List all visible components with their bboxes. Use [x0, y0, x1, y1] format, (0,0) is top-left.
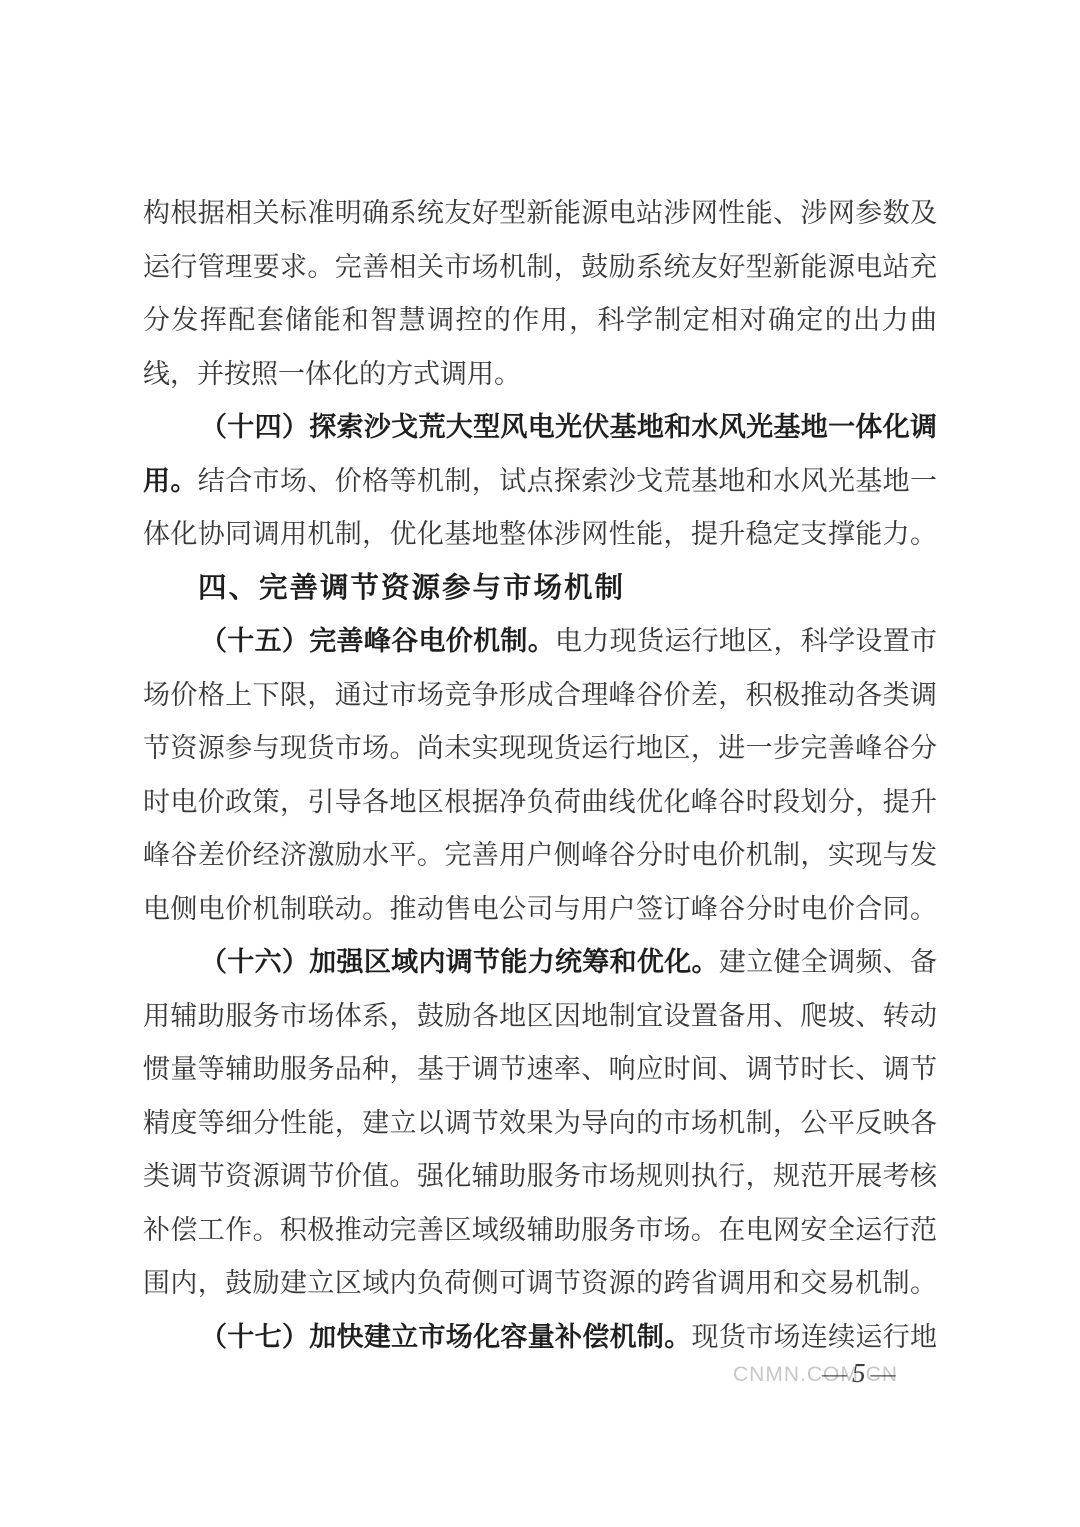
text-line: 电侧电价机制联动。推动售电公司与用户签订峰谷分时电价合同。: [143, 883, 937, 937]
bold-lead-text: （十五）完善峰谷电价机制。: [200, 626, 555, 656]
text-line: （十四）探索沙戈荒大型风电光伏基地和水风光基地一体化调: [143, 401, 937, 455]
bold-lead-text: （十七）加快建立市场化容量补偿机制。: [200, 1322, 692, 1352]
text-line: 运行管理要求。完善相关市场机制，鼓励系统友好型新能源电站充: [143, 241, 937, 295]
text-line: 类调节资源调节价值。强化辅助服务市场规则执行，规范开展考核: [143, 1150, 937, 1204]
text-line: （十五）完善峰谷电价机制。电力现货运行地区，科学设置市: [143, 615, 937, 669]
text-line: 峰谷差价经济激励水平。完善用户侧峰谷分时电价机制，实现与发: [143, 829, 937, 883]
watermark-text: CNMN.COM.CN: [733, 1363, 898, 1387]
text-line: 线，并按照一体化的方式调用。: [143, 348, 937, 402]
bold-lead-text: （十六）加强区域内调节能力统筹和优化。: [200, 947, 719, 977]
text-line: 场价格上下限，通过市场竞争形成合理峰谷价差，积极推动各类调: [143, 669, 937, 723]
text-line: （十六）加强区域内调节能力统筹和优化。建立健全调频、备: [143, 936, 937, 990]
text-line: 分发挥配套储能和智慧调控的作用，科学制定相对确定的出力曲: [143, 294, 937, 348]
text-line: 体化协同调用机制，优化基地整体涉网性能，提升稳定支撑能力。: [143, 508, 937, 562]
text-line: 构根据相关标准明确系统友好型新能源电站涉网性能、涉网参数及: [143, 187, 937, 241]
text-line: 时电价政策，引导各地区根据净负荷曲线优化峰谷时段划分，提升: [143, 776, 937, 830]
text-line: 补偿工作。积极推动完善区域级辅助服务市场。在电网安全运行范: [143, 1204, 937, 1258]
document-page: 构根据相关标准明确系统友好型新能源电站涉网性能、涉网参数及运行管理要求。完善相关…: [0, 0, 1080, 1527]
text-line: 围内，鼓励建立区域内负荷侧可调节资源的跨省调用和交易机制。: [143, 1257, 937, 1311]
bold-lead-text: （十四）探索沙戈荒大型风电光伏基地和水风光基地一体化调: [200, 412, 937, 442]
text-line: 惯量等辅助服务品种，基于调节速率、响应时间、调节时长、调节: [143, 1043, 937, 1097]
bold-lead-text: 用。: [143, 466, 198, 496]
text-line: 用辅助服务市场体系，鼓励各地区因地制宜设置备用、爬坡、转动: [143, 990, 937, 1044]
text-line: 精度等细分性能，建立以调节效果为导向的市场机制，公平反映各: [143, 1097, 937, 1151]
text-line: 节资源参与现货市场。尚未实现现货运行地区，进一步完善峰谷分: [143, 722, 937, 776]
page-footer: —5— CNMN.COM.CN: [0, 1352, 1080, 1402]
section-heading: 四、完善调节资源参与市场机制: [143, 562, 937, 616]
document-body: 构根据相关标准明确系统友好型新能源电站涉网性能、涉网参数及运行管理要求。完善相关…: [143, 187, 937, 1364]
text-line: 用。结合市场、价格等机制，试点探索沙戈荒基地和水风光基地一: [143, 455, 937, 509]
